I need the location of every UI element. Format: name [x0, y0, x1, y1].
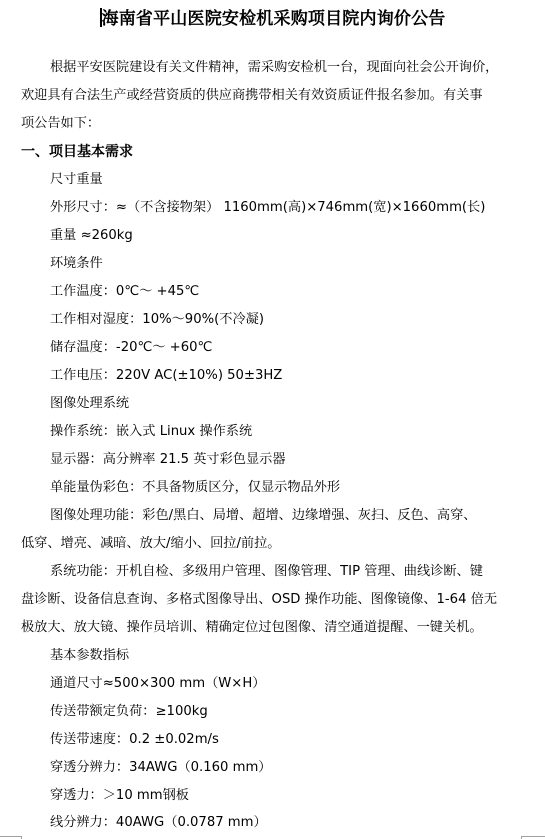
- document-title: 海南省平山医院安检机采购项目院内询价公告: [0, 6, 545, 32]
- intro-line-1: 根据平安医院建设有关文件精神，需采购安检机一台，现面向社会公开询价，: [50, 58, 498, 78]
- spec-wire-resolution: 线分辨力：40AWG（0.0787 mm）: [50, 813, 267, 833]
- spec-image-functions-2: 低穿、增亮、减暗、放大/缩小、回拉/前拉。: [21, 534, 280, 554]
- document-page: 海南省平山医院安检机采购项目院内询价公告 根据平安医院建设有关文件精神，需采购安…: [0, 0, 545, 839]
- subheading-size-weight: 尺寸重量: [50, 170, 103, 190]
- subheading-image-system: 图像处理系统: [50, 394, 129, 414]
- margin-mark-left: [0, 836, 22, 837]
- spec-system-functions-3: 极放大、放大镜、操作员培训、精确定位过包图像、清空通道提醒、一键关机。: [21, 618, 483, 638]
- spec-system-functions-2: 盘诊断、设备信息查询、多格式图像导出、OSD 操作功能、图像镜像、1-64 倍无: [21, 590, 497, 610]
- margin-mark-right: [521, 836, 545, 837]
- subheading-environment: 环境条件: [50, 254, 103, 274]
- intro-line-3: 项公告如下：: [21, 114, 100, 134]
- spec-storage-temp: 储存温度：-20℃～ +60℃: [50, 338, 212, 358]
- spec-conveyor-speed: 传送带速度：0.2 ±0.02m/s: [50, 730, 219, 750]
- spec-penetration: 穿透力：＞10 mm钢板: [50, 786, 189, 806]
- spec-weight: 重量 ≈260kg: [50, 226, 133, 246]
- spec-pseudo-color: 单能量伪彩色：不具备物质区分，仅显示物品外形: [50, 478, 340, 498]
- spec-display: 显示器：高分辨率 21.5 英寸彩色显示器: [50, 450, 286, 470]
- spec-system-functions-1: 系统功能：开机自检、多级用户管理、图像管理、TIP 管理、曲线诊断、键: [50, 562, 483, 582]
- spec-conveyor-load: 传送带额定负荷：≥100kg: [50, 702, 208, 722]
- subheading-basic-params: 基本参数指标: [50, 646, 129, 666]
- spec-voltage: 工作电压：220V AC(±10%) 50±3HZ: [50, 366, 282, 386]
- spec-image-functions-1: 图像处理功能：彩色/黑白、局增、超增、边缘增强、灰扫、反色、高穿、: [50, 506, 476, 526]
- section-heading-requirements: 一、项目基本需求: [21, 142, 133, 162]
- spec-tunnel-size: 通道尺寸≈500×300 mm（W×H）: [50, 674, 265, 694]
- spec-os: 操作系统：嵌入式 Linux 操作系统: [50, 422, 252, 442]
- spec-humidity: 工作相对湿度：10%～90%(不冷凝): [50, 310, 264, 330]
- title-text: 海南省平山医院安检机采购项目院内询价公告: [102, 9, 446, 29]
- intro-line-2: 欢迎具有合法生产或经营资质的供应商携带相关有效资质证件报名参加。有关事: [21, 86, 483, 106]
- spec-working-temp: 工作温度：0℃～ +45℃: [50, 282, 199, 302]
- spec-penetration-resolution: 穿透分辨力：34AWG（0.160 mm）: [50, 758, 271, 778]
- spec-dimensions: 外形尺寸：≈（不含接物架） 1160mm(高)×746mm(宽)×1660mm(…: [50, 198, 485, 218]
